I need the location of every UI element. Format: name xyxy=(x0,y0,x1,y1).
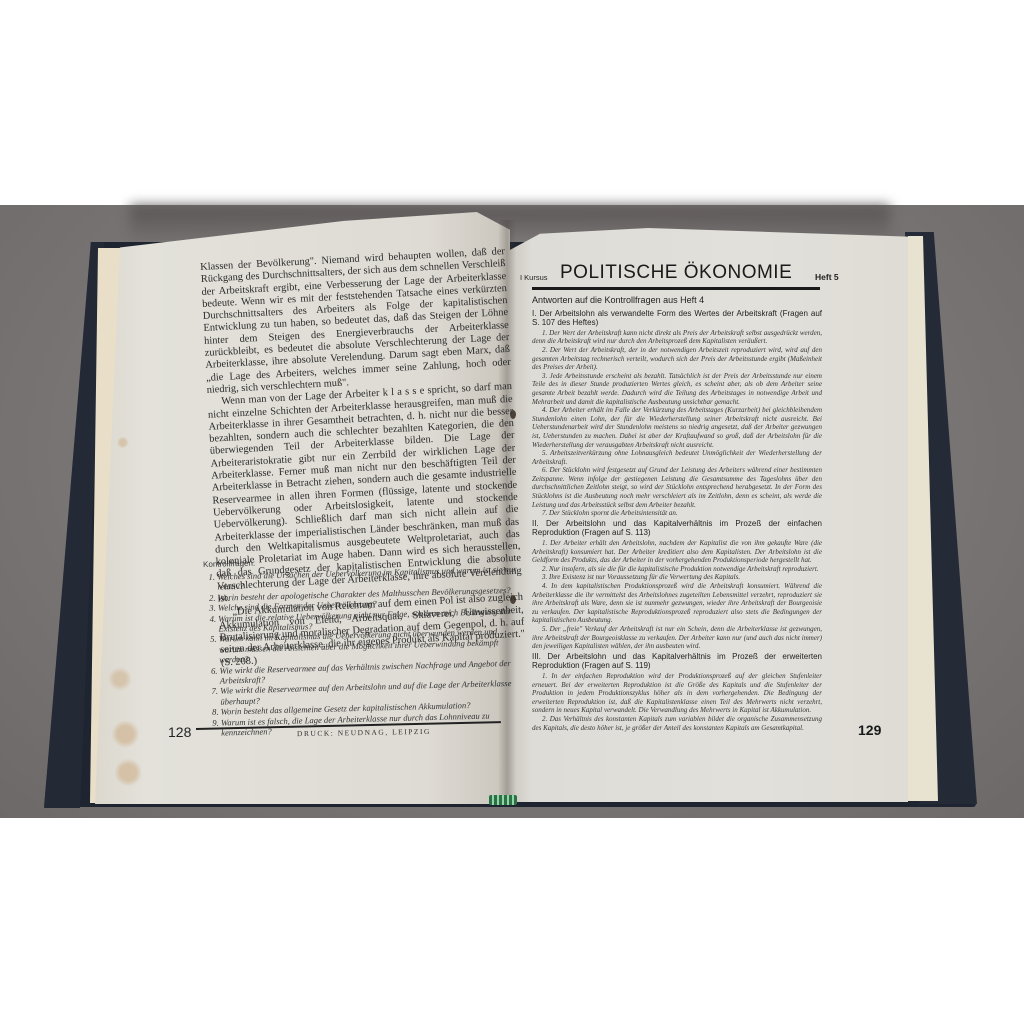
answer-item: 5. Arbeitszeitverkürzung ohne Lohnausgle… xyxy=(532,449,822,466)
section-title: I. Der Arbeitslohn als verwandelte Form … xyxy=(532,309,822,328)
page-foxing-stains xyxy=(98,250,153,800)
right-page-body: Antworten auf die Kontrollfragen aus Hef… xyxy=(532,293,822,732)
answer-item: 2. Das Verhältnis des konstanten Kapital… xyxy=(532,715,822,732)
paragraph: Klassen der Bevölkerung". Niemand wird b… xyxy=(200,246,512,397)
answer-item: 3. Ihre Existenz ist nur Voraussetzung f… xyxy=(532,573,822,582)
answer-item: 2. Der Wert der Arbeitskraft, der in der… xyxy=(532,346,822,372)
page-number-left: 128 xyxy=(168,724,191,740)
answer-item: 1. In der einfachen Reproduktion wird de… xyxy=(532,672,822,715)
section-title: III. Der Arbeitslohn und das Kapitalverh… xyxy=(532,652,822,671)
page-number-right: 129 xyxy=(858,722,881,738)
answer-item: 4. In dem kapitalistischen Produktionspr… xyxy=(532,582,822,625)
answer-item: 5. Der „freie" Verkauf der Arbeitskraft … xyxy=(532,625,822,651)
questions-list: Welches sind die Ursachen der Uebervölke… xyxy=(203,564,521,739)
issue-label: Heft 5 xyxy=(815,272,839,282)
answer-item: 4. Der Arbeiter erhält im Falle der Verk… xyxy=(532,406,822,449)
course-label: I Kursus xyxy=(520,273,548,282)
bookmark-ribbon xyxy=(489,795,517,805)
answer-item: 1. Der Arbeiter erhält den Arbeitslohn, … xyxy=(532,539,822,565)
answer-item: 1. Der Wert der Arbeitskraft kann nicht … xyxy=(532,329,822,346)
answer-item: 2. Nur insofern, als sie die für die kap… xyxy=(532,565,822,574)
header-rule xyxy=(532,287,820,290)
answer-item: 6. Der Stücklohn wird festgesetzt auf Gr… xyxy=(532,466,822,509)
answer-item: 7. Der Stücklohn spornt die Arbeitsinten… xyxy=(532,509,822,518)
answer-item: 3. Jede Arbeitsstunde erscheint als beza… xyxy=(532,372,822,406)
answers-heading: Antworten auf die Kontrollfragen aus Hef… xyxy=(532,296,822,306)
page-title: POLITISCHE ÖKONOMIE xyxy=(560,262,792,284)
section-title: II. Der Arbeitslohn und das Kapitalverhä… xyxy=(532,519,822,538)
